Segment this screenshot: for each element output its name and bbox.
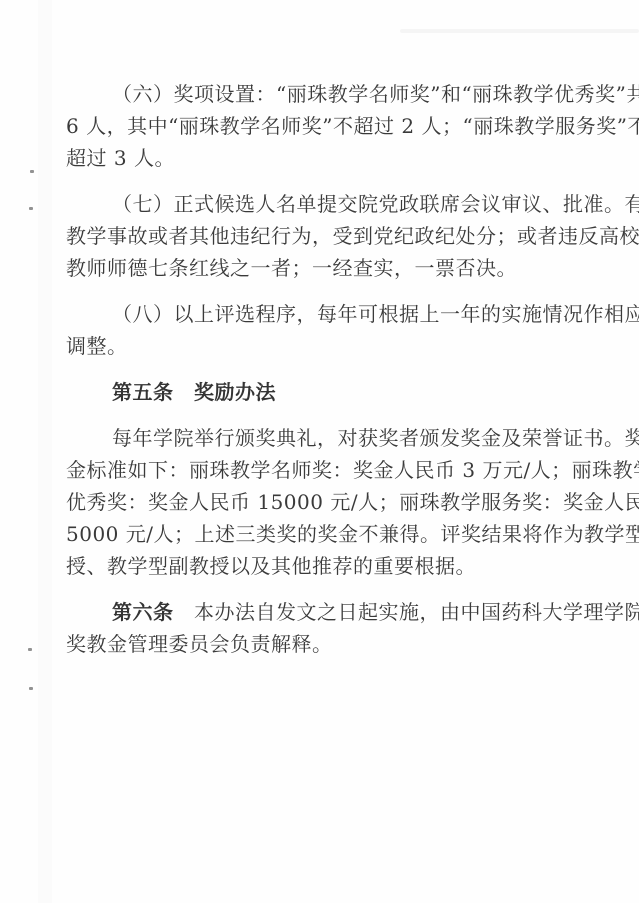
document-text-block: （六）奖项设置：“丽珠教学名师奖”和“丽珠教学优秀奖”共6 人，其中“丽珠教学名… <box>66 78 574 660</box>
text-segment: 授、教学型副教授以及其他推荐的重要根据。 <box>66 554 476 578</box>
scan-speck <box>29 207 33 210</box>
scan-speck <box>28 648 32 651</box>
text-line: 6 人，其中“丽珠教学名师奖”不超过 2 人；“丽珠教学服务奖”不 <box>66 110 574 142</box>
text-segment: 每年学院举行颁奖典礼，对获奖者颁发奖金及荣誉证书。奖 <box>112 426 639 450</box>
text-segment: 本办法自发文之日起实施，由中国药科大学理学院 <box>174 600 639 624</box>
bold-text-segment: 第六条 <box>112 600 174 624</box>
text-line: 每年学院举行颁奖典礼，对获奖者颁发奖金及荣誉证书。奖 <box>66 422 574 454</box>
text-segment: 奖教金管理委员会负责解释。 <box>66 632 333 656</box>
text-line: （七）正式候选人名单提交院党政联席会议审议、批准。有 <box>66 188 574 220</box>
text-segment: 超过 3 人。 <box>66 146 175 170</box>
clause-7-paragraph: （七）正式候选人名单提交院党政联席会议审议、批准。有教学事故或者其他违纪行为，受… <box>66 188 574 284</box>
text-segment: 6 人，其中“丽珠教学名师奖”不超过 2 人；“丽珠教学服务奖”不 <box>66 114 639 138</box>
text-line: 金标准如下：丽珠教学名师奖：奖金人民币 3 万元/人；丽珠教学 <box>66 454 574 486</box>
text-line: 第五条 奖励办法 <box>66 376 574 408</box>
text-segment: （六）奖项设置：“丽珠教学名师奖”和“丽珠教学优秀奖”共 <box>112 82 639 106</box>
clause-6-paragraph: （六）奖项设置：“丽珠教学名师奖”和“丽珠教学优秀奖”共6 人，其中“丽珠教学名… <box>66 78 574 174</box>
text-line: 教师师德七条红线之一者；一经查实，一票否决。 <box>66 252 574 284</box>
text-line: 第六条 本办法自发文之日起实施，由中国药科大学理学院 <box>66 596 574 628</box>
text-line: 奖教金管理委员会负责解释。 <box>66 628 574 660</box>
text-segment: （七）正式候选人名单提交院党政联席会议审议、批准。有 <box>112 192 639 216</box>
text-segment: 金标准如下：丽珠教学名师奖：奖金人民币 3 万元/人；丽珠教学 <box>66 458 639 482</box>
scan-streak <box>400 29 639 33</box>
clause-8-paragraph: （八）以上评选程序，每年可根据上一年的实施情况作相应调整。 <box>66 298 574 362</box>
text-segment: 优秀奖：奖金人民币 15000 元/人；丽珠教学服务奖：奖金人民币 <box>66 490 639 514</box>
article-6-paragraph: 第六条 本办法自发文之日起实施，由中国药科大学理学院奖教金管理委员会负责解释。 <box>66 596 574 660</box>
article-5-paragraph: 每年学院举行颁奖典礼，对获奖者颁发奖金及荣誉证书。奖金标准如下：丽珠教学名师奖：… <box>66 422 574 582</box>
text-segment: 调整。 <box>66 334 128 358</box>
text-line: 授、教学型副教授以及其他推荐的重要根据。 <box>66 550 574 582</box>
scan-speck <box>30 170 34 173</box>
text-line: 调整。 <box>66 330 574 362</box>
document-page: （六）奖项设置：“丽珠教学名师奖”和“丽珠教学优秀奖”共6 人，其中“丽珠教学名… <box>0 0 639 903</box>
article-5-heading: 第五条 奖励办法 <box>66 376 574 408</box>
bold-text-segment: 第五条 奖励办法 <box>112 380 276 404</box>
text-line: 优秀奖：奖金人民币 15000 元/人；丽珠教学服务奖：奖金人民币 <box>66 486 574 518</box>
text-line: （八）以上评选程序，每年可根据上一年的实施情况作相应 <box>66 298 574 330</box>
text-line: 教学事故或者其他违纪行为，受到党纪政纪处分；或者违反高校 <box>66 220 574 252</box>
text-line: 超过 3 人。 <box>66 142 574 174</box>
text-segment: 教师师德七条红线之一者；一经查实，一票否决。 <box>66 256 517 280</box>
scan-speck <box>29 687 33 690</box>
text-line: 5000 元/人；上述三类奖的奖金不兼得。评奖结果将作为教学型教 <box>66 518 574 550</box>
text-line: （六）奖项设置：“丽珠教学名师奖”和“丽珠教学优秀奖”共 <box>66 78 574 110</box>
text-segment: （八）以上评选程序，每年可根据上一年的实施情况作相应 <box>112 302 639 326</box>
text-segment: 教学事故或者其他违纪行为，受到党纪政纪处分；或者违反高校 <box>66 224 639 248</box>
text-segment: 5000 元/人；上述三类奖的奖金不兼得。评奖结果将作为教学型教 <box>66 522 639 546</box>
